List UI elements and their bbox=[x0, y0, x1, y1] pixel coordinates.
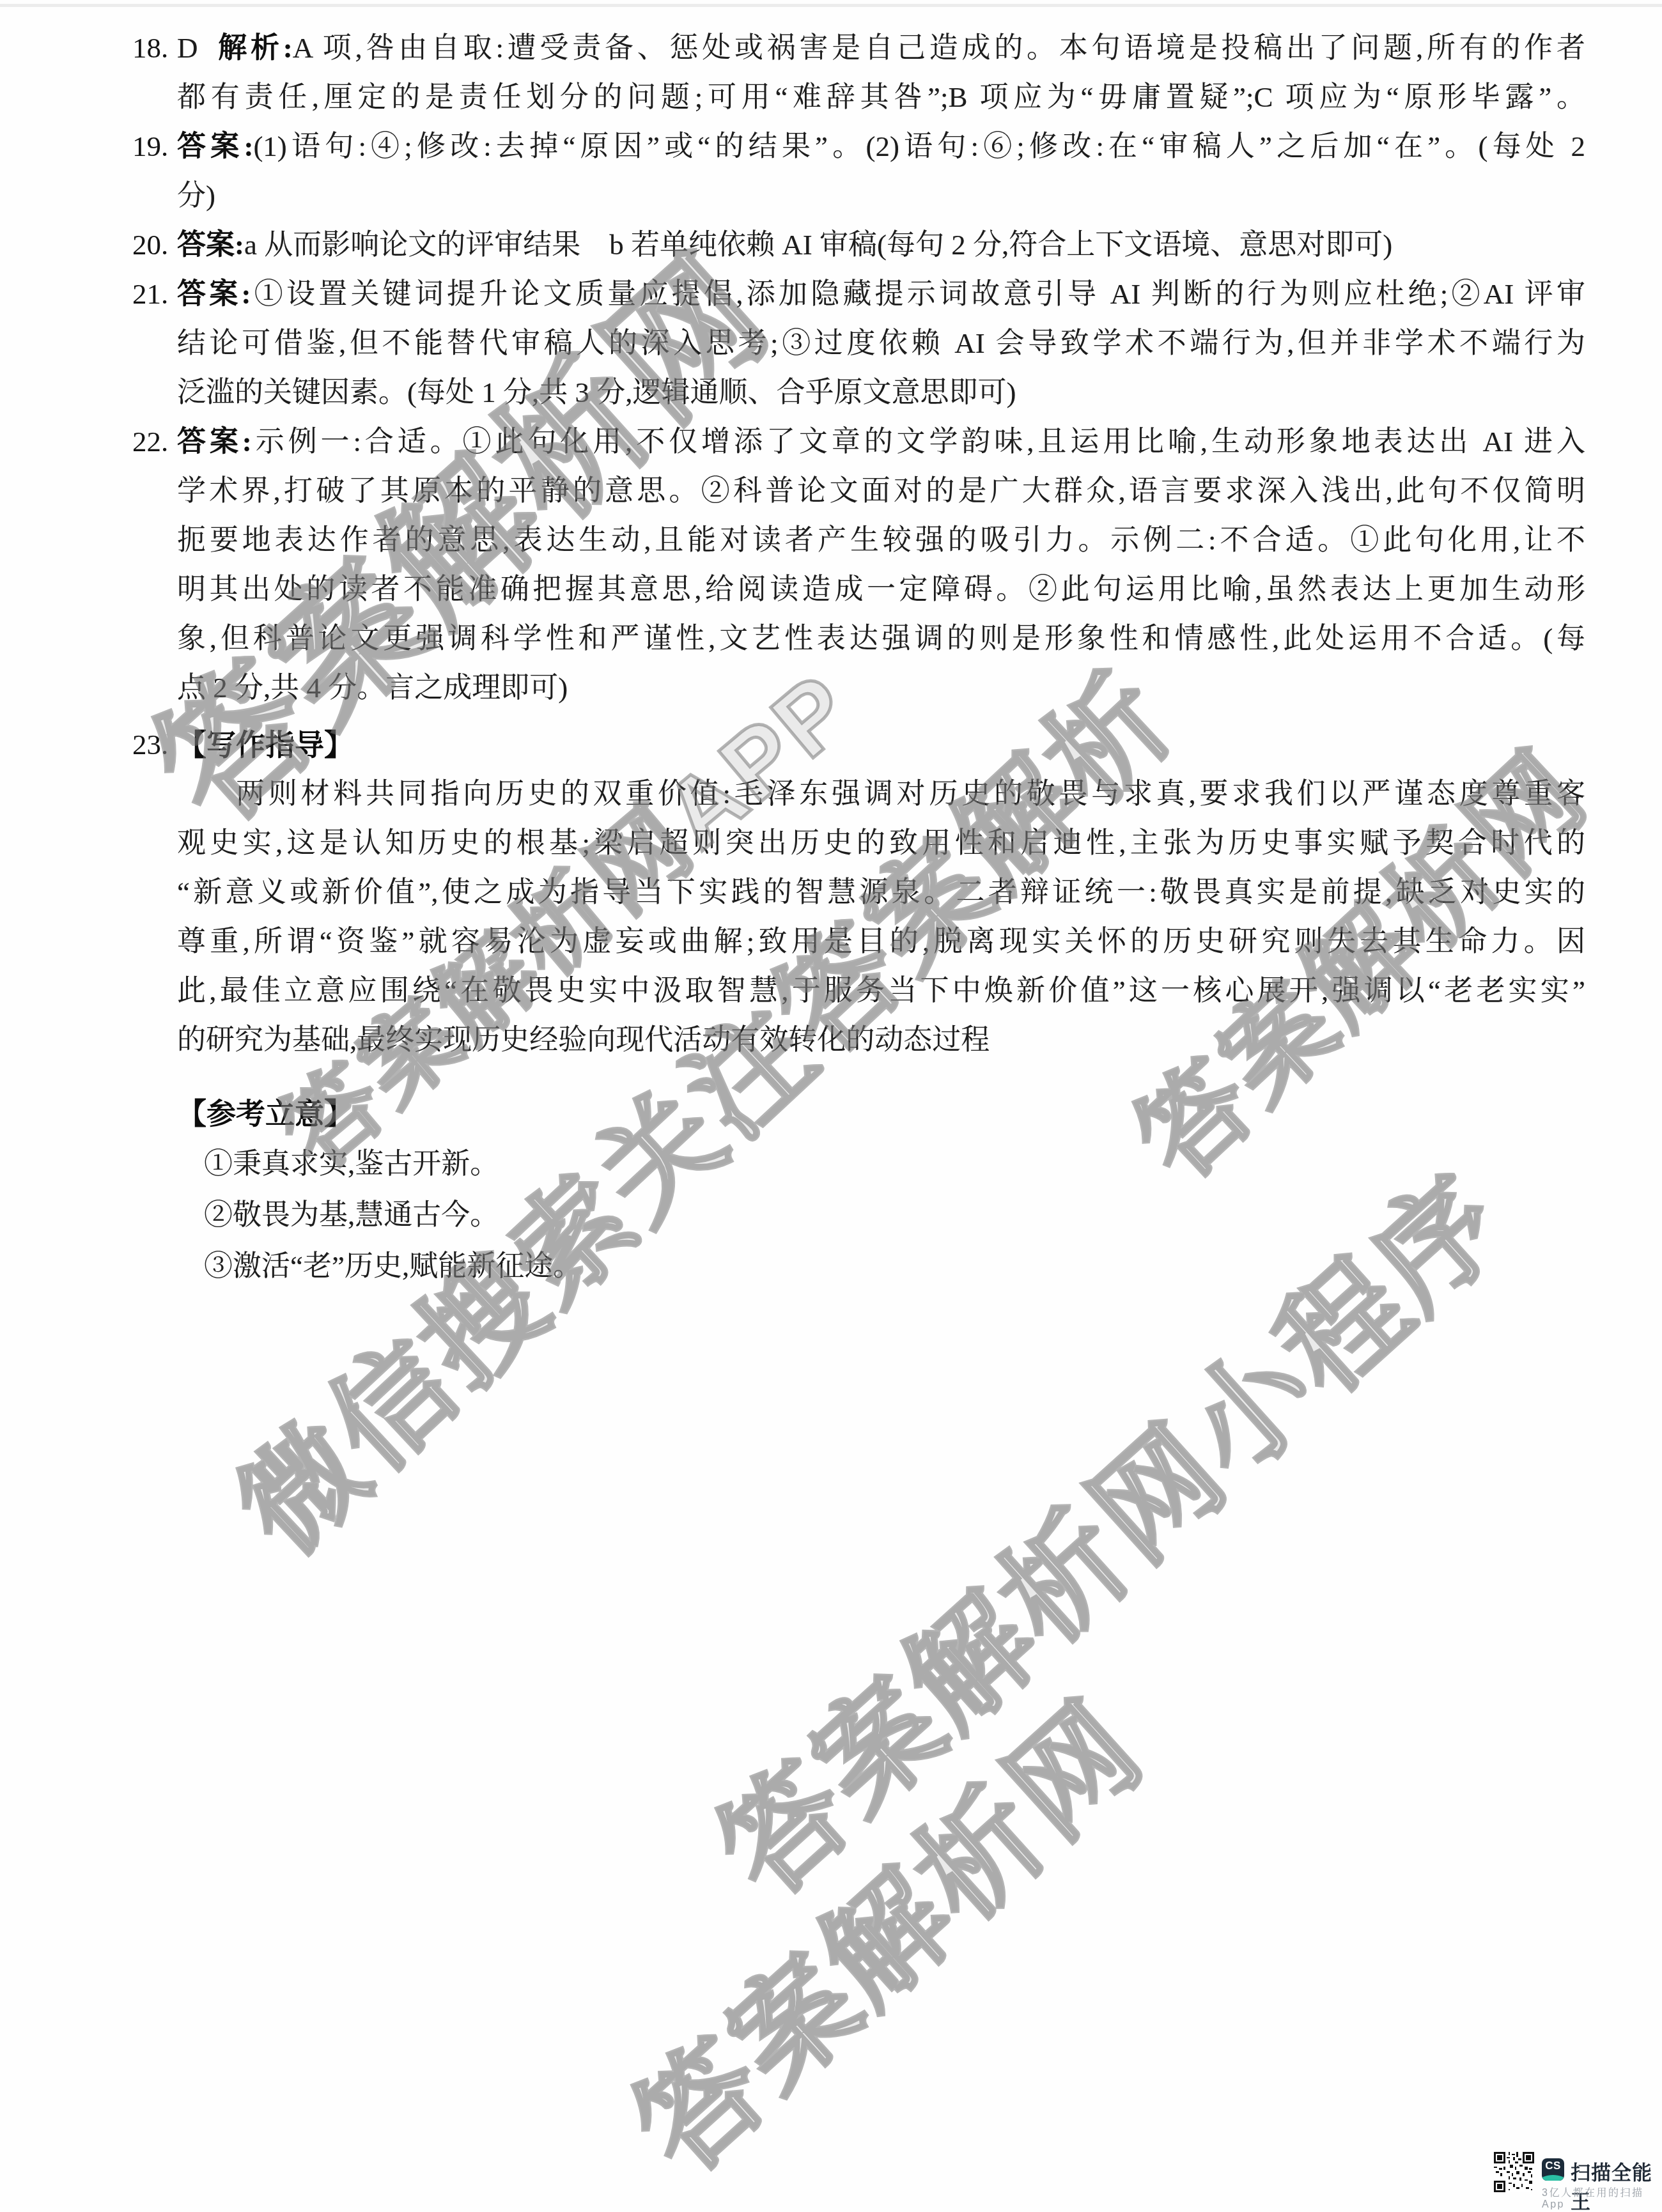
reference-idea-item: ①秉真求实,鉴古开新。 bbox=[204, 1138, 1585, 1189]
question-number: 18. bbox=[132, 24, 168, 73]
question-number: 20. bbox=[132, 220, 168, 270]
answer-label: 答案: bbox=[177, 229, 244, 261]
writing-guide-paragraph-line: 观史实,这是认知历史的根基;梁启超则突出历史的致用性和启迪性,主张为历史事实赋予… bbox=[177, 819, 1585, 868]
camscanner-footer: CS 扫描全能王 3亿人都在用的扫描App bbox=[1489, 2146, 1656, 2207]
answer-line: 答案:①设置关键词提升论文质量应提倡,添加隐藏提示词故意引导 AI 判断的行为则… bbox=[177, 270, 1585, 319]
qr-code-icon bbox=[1494, 2152, 1534, 2192]
cs-logo-icon: CS bbox=[1542, 2158, 1564, 2181]
writing-guide-paragraph-line: 尊重,所谓“资鉴”就容易沦为虚妄或曲解;致用是目的,脱离现实关怀的历史研究则失去… bbox=[177, 917, 1585, 966]
answer-letter: D bbox=[177, 32, 215, 64]
answer-line: 答案:a 从而影响论文的评审结果 b 若单纯依赖 AI 审稿(每句 2 分,符合… bbox=[177, 220, 1585, 270]
writing-guide-paragraph-line: 两则材料共同指向历史的双重价值:毛泽东强调对历史的敬畏与求真,要求我们以严谨态度… bbox=[177, 770, 1585, 819]
answer-block-19: 19.答案:(1)语句:④;修改:去掉“原因”或“的结果”。(2)语句:⑥;修改… bbox=[132, 122, 1585, 220]
answer-line: 点 2 分,共 4 分。言之成理即可) bbox=[177, 663, 1585, 713]
app-tagline: 3亿人都在用的扫描App bbox=[1542, 2185, 1656, 2211]
answer-block-20: 20.答案:a 从而影响论文的评审结果 b 若单纯依赖 AI 审稿(每句 2 分… bbox=[132, 220, 1585, 270]
question-number: 19. bbox=[132, 122, 168, 171]
answer-line: 分) bbox=[177, 171, 1585, 220]
question-number: 22. bbox=[132, 417, 168, 467]
answer-block-22: 22.答案:示例一:合适。①此句化用,不仅增添了文章的文学韵味,且运用比喻,生动… bbox=[132, 417, 1585, 713]
scan-artifact-streak bbox=[0, 4, 1662, 7]
question-number: 21. bbox=[132, 270, 168, 319]
reference-ideas-heading: 【参考立意】 bbox=[177, 1089, 1585, 1138]
writing-guide-paragraph-line: “新意义或新价值”,使之成为指导当下实践的智慧源泉。二者辩证统一:敬畏真实是前提… bbox=[177, 868, 1585, 917]
reference-idea-item: ③激活“老”历史,赋能新征途。 bbox=[204, 1241, 1585, 1292]
answer-line: D解析:A 项,咎由自取:遭受责备、惩处或祸害是自己造成的。本句语境是投稿出了问… bbox=[177, 24, 1585, 73]
answer-block-18: 18.D解析:A 项,咎由自取:遭受责备、惩处或祸害是自己造成的。本句语境是投稿… bbox=[132, 24, 1585, 122]
question-number: 23. bbox=[132, 720, 168, 770]
answer-line: 象,但科普论文更强调科学性和严谨性,文艺性表达强调的则是形象性和情感性,此处运用… bbox=[177, 614, 1585, 663]
writing-guide-heading: 【写作指导】 bbox=[177, 720, 1585, 770]
answer-label: 答案: bbox=[177, 130, 253, 162]
answer-line: 扼要地表达作者的意思,表达生动,且能对读者产生较强的吸引力。示例二:不合适。①此… bbox=[177, 516, 1585, 565]
answers-list: 18.D解析:A 项,咎由自取:遭受责备、惩处或祸害是自己造成的。本句语境是投稿… bbox=[132, 24, 1585, 1292]
cs-logo-teal-strip bbox=[1542, 2175, 1564, 2181]
scanned-answer-page: 18.D解析:A 项,咎由自取:遭受责备、惩处或祸害是自己造成的。本句语境是投稿… bbox=[0, 0, 1662, 2212]
answer-line: 答案:示例一:合适。①此句化用,不仅增添了文章的文学韵味,且运用比喻,生动形象地… bbox=[177, 417, 1585, 467]
answer-line: 结论可借鉴,但不能替代审稿人的深入思考;③过度依赖 AI 会导致学术不端行为,但… bbox=[177, 319, 1585, 368]
answer-label: 答案: bbox=[177, 278, 251, 310]
writing-guide-paragraph-line: 此,最佳立意应围绕“在敬畏史实中汲取智慧,于服务当下中焕新价值”这一核心展开,强… bbox=[177, 966, 1585, 1016]
answer-line: 明其出处的读者不能准确把握其意思,给阅读造成一定障碍。②此句运用比喻,虽然表达上… bbox=[177, 565, 1585, 614]
reference-idea-item: ②敬畏为基,慧通古今。 bbox=[204, 1189, 1585, 1241]
answer-line: 学术界,打破了其原本的平静的意思。②科普论文面对的是广大群众,语言要求深入浅出,… bbox=[177, 467, 1585, 516]
answer-label: 解析: bbox=[215, 32, 293, 64]
answer-line: 都有责任,厘定的是责任划分的问题;可用“难辞其咎”;B 项应为“毋庸置疑”;C … bbox=[177, 73, 1585, 122]
answer-block-21: 21.答案:①设置关键词提升论文质量应提倡,添加隐藏提示词故意引导 AI 判断的… bbox=[132, 270, 1585, 417]
answer-line: 泛滥的关键因素。(每处 1 分,共 3 分,逻辑通顺、合乎原文意思即可) bbox=[177, 368, 1585, 417]
writing-guide-paragraph-line: 的研究为基础,最终实现历史经验向现代活动有效转化的动态过程 bbox=[177, 1016, 1585, 1065]
answer-block-23: 23.【写作指导】两则材料共同指向历史的双重价值:毛泽东强调对历史的敬畏与求真,… bbox=[132, 720, 1585, 1292]
answer-line: 答案:(1)语句:④;修改:去掉“原因”或“的结果”。(2)语句:⑥;修改:在“… bbox=[177, 122, 1585, 171]
watermark-text: 答案解析网 bbox=[591, 1656, 1174, 2205]
answer-label: 答案: bbox=[177, 426, 252, 458]
cs-logo-text: CS bbox=[1542, 2160, 1564, 2172]
